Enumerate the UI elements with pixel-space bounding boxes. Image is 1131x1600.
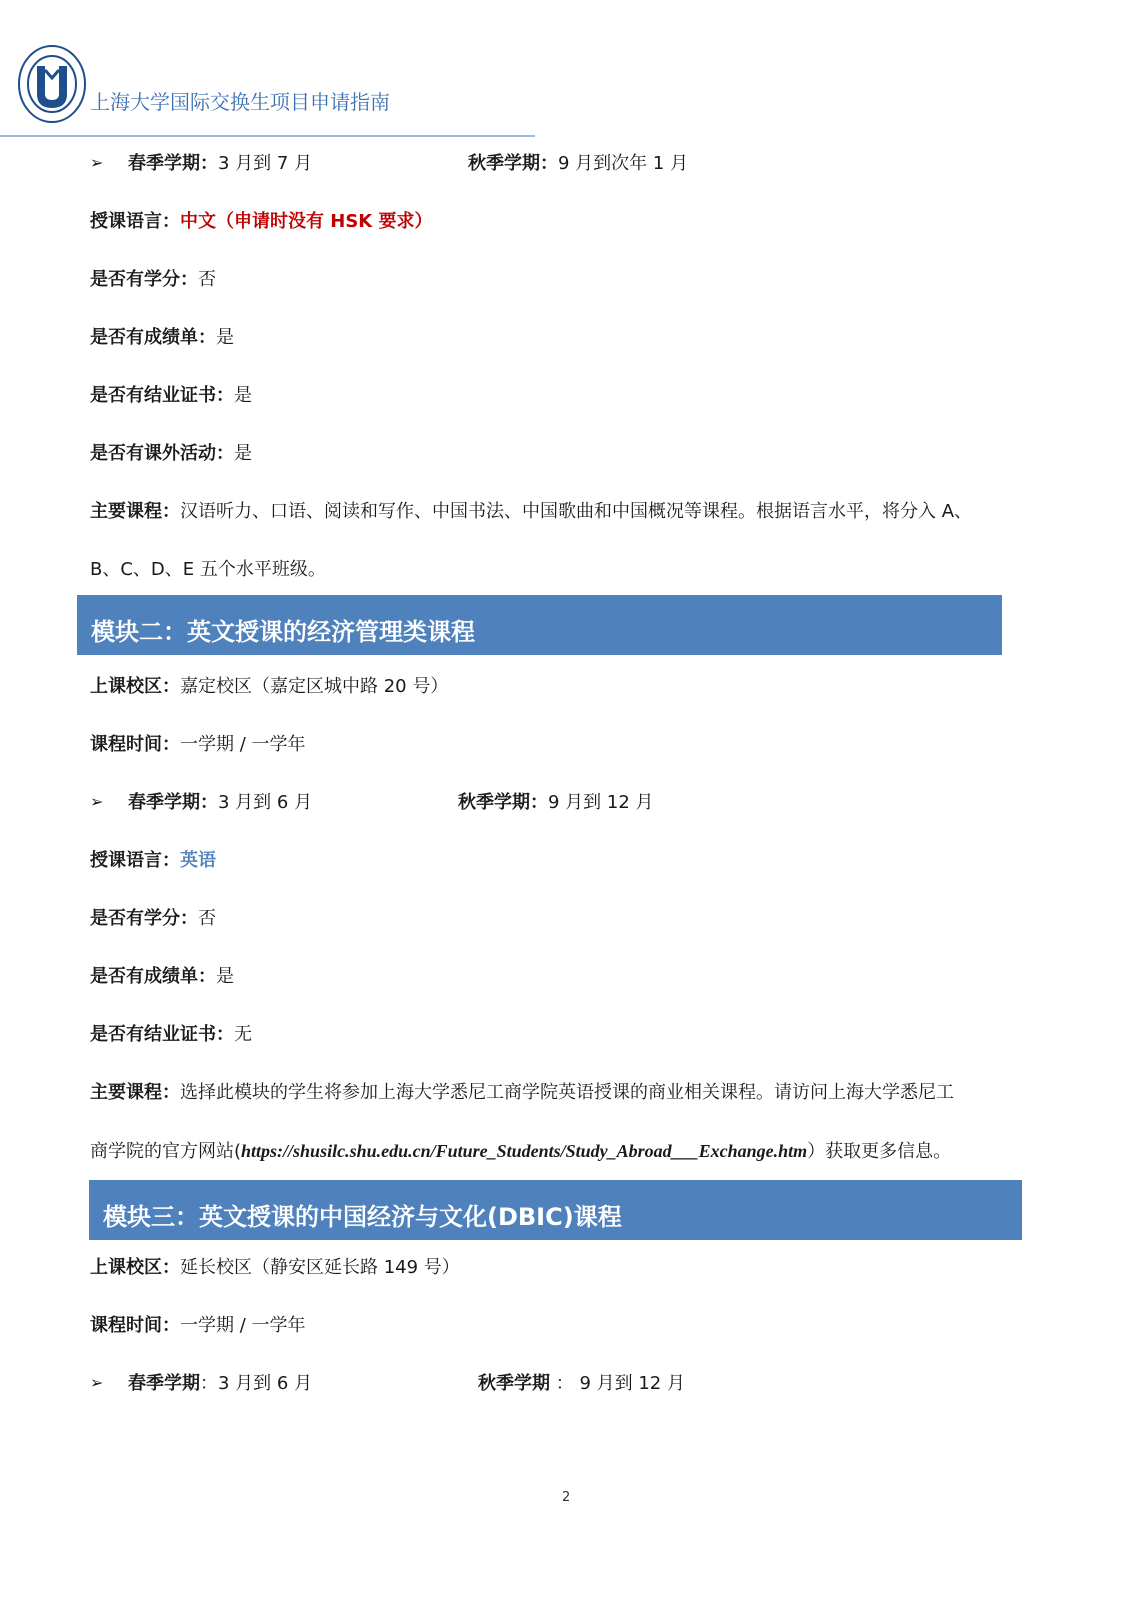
- transcript-m2: 是否有成绩单：是: [90, 964, 234, 990]
- university-logo-icon: [17, 44, 87, 124]
- document-title: 上海大学国际交换生项目申请指南: [90, 86, 390, 115]
- courses-m2-line2: 商学院的官方网站(https://shusilc.shu.edu.cn/Futu…: [90, 1138, 951, 1165]
- autumn-semester-m1: 秋季学期：9 月到次年 1 月: [468, 151, 688, 177]
- certificate-m2: 是否有结业证书：无: [90, 1022, 252, 1048]
- spring-semester-m1: 春季学期：3 月到 7 月: [128, 151, 312, 177]
- courses-m1-line1: 主要课程：汉语听力、口语、阅读和写作、中国书法、中国歌曲和中国概况等课程。根据语…: [90, 499, 972, 525]
- courses-m2-line1: 主要课程：选择此模块的学生将参加上海大学悉尼工商学院英语授课的商业相关课程。请访…: [90, 1080, 954, 1106]
- language-m2: 授课语言：英语: [90, 848, 216, 874]
- sbs-website-link[interactable]: https://shusilc.shu.edu.cn/Future_Studen…: [241, 1141, 807, 1161]
- campus-m2: 上课校区：嘉定校区（嘉定区城中路 20 号）: [90, 674, 448, 700]
- module3-banner: 模块三：英文授课的中国经济与文化(DBIC)课程: [89, 1180, 1022, 1240]
- spring-semester-m3: 春季学期：3 月到 6 月: [128, 1371, 312, 1397]
- module2-title: 模块二：英文授课的经济管理类课程: [91, 612, 475, 647]
- credit-m2: 是否有学分：否: [90, 906, 216, 932]
- autumn-semester-m2: 秋季学期：9 月到 12 月: [458, 790, 654, 816]
- courses-m1-line2: B、C、D、E 五个水平班级。: [90, 557, 326, 583]
- activities-m1: 是否有课外活动：是: [90, 441, 252, 467]
- module2-banner: 模块二：英文授课的经济管理类课程: [77, 595, 1002, 655]
- duration-m2: 课程时间：一学期 / 一学年: [90, 732, 306, 758]
- duration-m3: 课程时间：一学期 / 一学年: [90, 1313, 306, 1339]
- arrow-bullet-icon: ➢: [90, 1373, 103, 1392]
- page-number: 2: [562, 1490, 570, 1505]
- module3-title: 模块三：英文授课的中国经济与文化(DBIC)课程: [103, 1197, 622, 1232]
- arrow-bullet-icon: ➢: [90, 153, 103, 172]
- arrow-bullet-icon: ➢: [90, 792, 103, 811]
- spring-semester-m2: 春季学期：3 月到 6 月: [128, 790, 312, 816]
- language-m1: 授课语言：中文（申请时没有 HSK 要求）: [90, 209, 433, 235]
- transcript-m1: 是否有成绩单：是: [90, 325, 234, 351]
- header-divider: [0, 135, 535, 137]
- certificate-m1: 是否有结业证书：是: [90, 383, 252, 409]
- campus-m3: 上课校区：延长校区（静安区延长路 149 号）: [90, 1255, 460, 1281]
- credit-m1: 是否有学分：否: [90, 267, 216, 293]
- page-header: 上海大学国际交换生项目申请指南: [0, 0, 540, 140]
- autumn-semester-m3: 秋季学期 ： 9 月到 12 月: [478, 1371, 685, 1397]
